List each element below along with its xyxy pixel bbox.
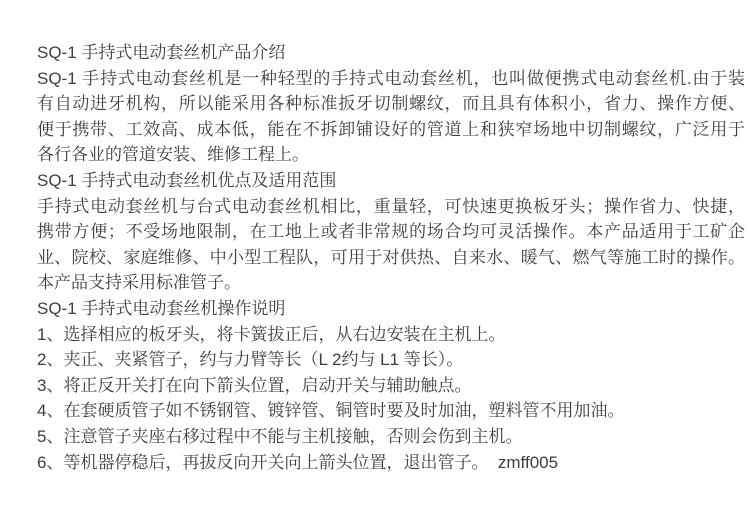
instruction-step-5: 5、注意管子夹座右移过程中不能与主机接触，否则会伤到主机。: [37, 424, 745, 450]
body-line: 本产品支持采用标准管子。: [37, 270, 745, 296]
instruction-step-2: 2、夹正、夹紧管子，约与力臂等长（L 2约与 L1 等长）。: [37, 347, 745, 373]
body-line: SQ-1 手持式电动套丝机是一种轻型的手持式电动套丝机，也叫做便携式电动套丝机.…: [37, 66, 745, 92]
body-line: 各行各业的管道安装、维修工程上。: [37, 142, 745, 168]
instruction-step-4: 4、在套硬质管子如不锈钢管、镀锌管、铜管时要及时加油，塑料管不用加油。: [37, 398, 745, 424]
section-heading-product-intro: SQ-1 手持式电动套丝机产品介绍: [37, 40, 745, 66]
instruction-step-3: 3、将正反开关打在向下箭头位置，启动开关与辅助触点。: [37, 373, 745, 399]
document-page: SQ-1 手持式电动套丝机产品介绍 SQ-1 手持式电动套丝机是一种轻型的手持式…: [0, 0, 750, 525]
body-line: 携带方便；不受场地限制，在工地上或者非常规的场合均可灵活操作。本产品适用于工矿企: [37, 219, 745, 245]
instruction-step-1: 1、选择相应的板牙头，将卡簧拔正后，从右边安装在主机上。: [37, 322, 745, 348]
instruction-step-6: 6、等机器停稳后，再拔反向开关向上箭头位置，退出管子。 zmff005: [37, 450, 745, 476]
body-line: 手持式电动套丝机与台式电动套丝机相比，重量轻，可快速更换板牙头；操作省力、快捷，: [37, 194, 745, 220]
body-line: 有自动进牙机构，所以能采用各种标准扳牙切制螺纹，而且具有体积小，省力、操作方便、: [37, 91, 745, 117]
body-line: 便于携带、工效高、成本低，能在不拆卸铺设好的管道上和狭窄场地中切制螺纹，广泛用于: [37, 117, 745, 143]
section-heading-instructions: SQ-1 手持式电动套丝机操作说明: [37, 296, 745, 322]
section-heading-advantages: SQ-1 手持式电动套丝机优点及适用范围: [37, 168, 745, 194]
body-line: 业、院校、家庭维修、中小型工程队，可用于对供热、自来水、暖气、燃气等施工时的操作…: [37, 245, 745, 271]
document-text-block: SQ-1 手持式电动套丝机产品介绍 SQ-1 手持式电动套丝机是一种轻型的手持式…: [0, 0, 750, 525]
